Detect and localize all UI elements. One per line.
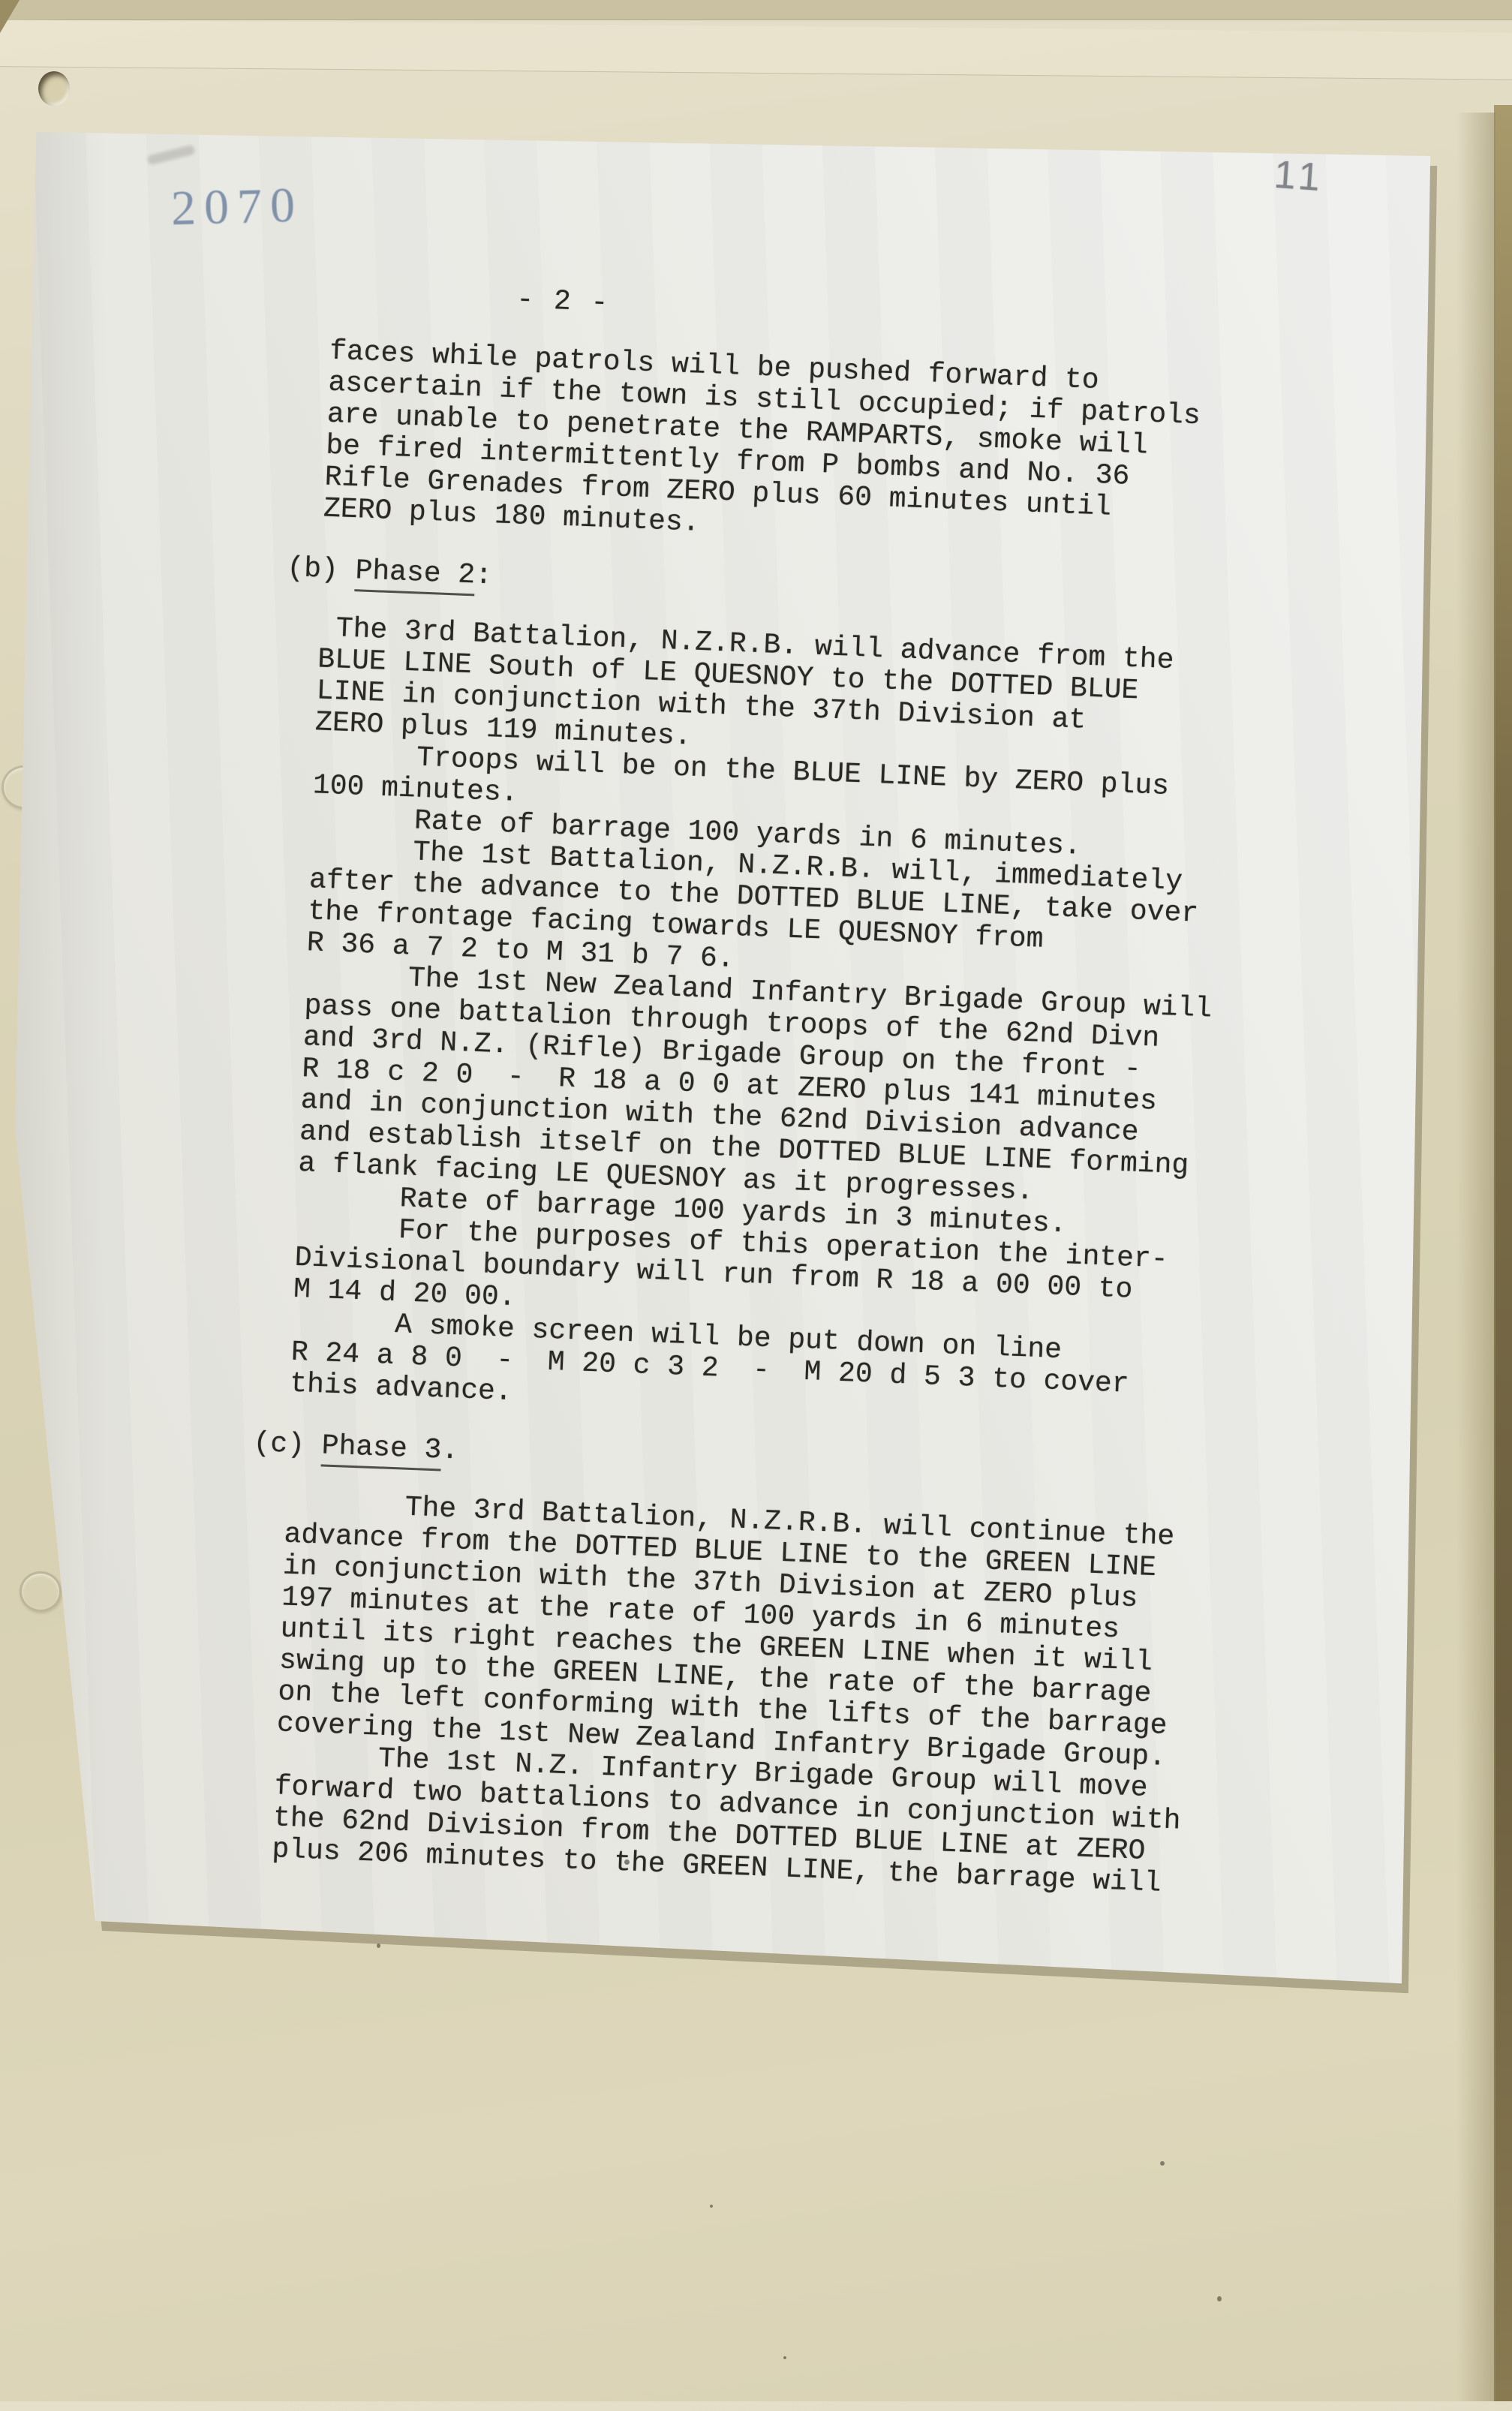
paper-speck <box>1160 2161 1165 2166</box>
heading-suffix: . <box>440 1434 458 1467</box>
typed-paragraph: faces while patrols will be pushed forwa… <box>289 335 1237 560</box>
heading-suffix: : <box>474 559 492 592</box>
archive-stamp: 2070 <box>170 177 304 238</box>
typed-blocks: faces while patrols will be pushed forwa… <box>237 335 1237 1901</box>
fastener-ring-mark <box>20 1571 62 1612</box>
heading-title-underlined: Phase 3 <box>321 1429 442 1471</box>
paper-speck <box>377 1944 380 1948</box>
heading-prefix: (b) <box>287 552 356 587</box>
backing-sheet-top-edge <box>0 0 1512 20</box>
handwritten-folio-number: 11 <box>1273 152 1327 201</box>
photo-right-edge-strip <box>1494 105 1512 2401</box>
document-photo: 2070 11 - 2 - faces while patrols will b… <box>0 0 1512 2401</box>
typed-paragraph: The 3rd Battalion, N.Z.R.B. will advance… <box>255 612 1226 1435</box>
page-number: - 2 - <box>516 284 611 320</box>
section-heading: (b) Phase 2: <box>287 552 1228 621</box>
typed-paragraph: The 3rd Battalion, N.Z.R.B. will continu… <box>237 1487 1192 1901</box>
backing-sheet-top-band <box>0 20 1512 80</box>
photo-right-edge-shading <box>1456 113 1495 2401</box>
heading-prefix: (c) <box>253 1427 323 1462</box>
typed-text-layer: - 2 - faces while patrols will be pushed… <box>299 264 1363 305</box>
paper-speck <box>783 2356 786 2359</box>
pencil-smudge <box>146 144 195 165</box>
heading-title-underlined: Phase 2 <box>355 555 476 596</box>
section-heading: (c) Phase 3. <box>253 1427 1195 1496</box>
punch-hole <box>38 71 70 106</box>
typed-page: 2070 11 - 2 - faces while patrols will b… <box>0 0 1512 2401</box>
paper-speck <box>710 2205 713 2208</box>
paper-speck <box>1217 2296 1222 2301</box>
